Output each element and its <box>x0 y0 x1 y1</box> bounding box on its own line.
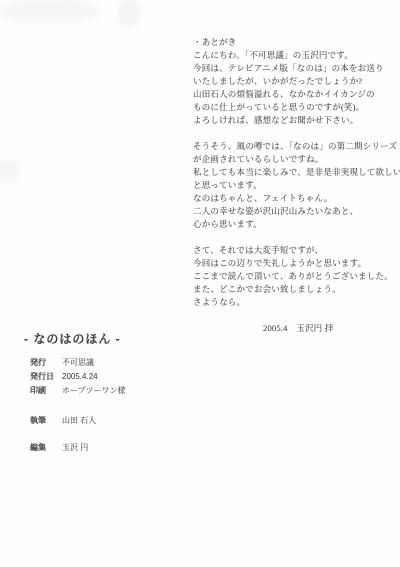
afterword-line: そうそう、風の噂では、「なのは」の第二期シリーズ <box>193 140 373 153</box>
afterword-line: が企画されているらしいですね。 <box>193 153 373 166</box>
afterword-line: 今回はこの辺りで失礼しようかと思います。 <box>193 257 373 270</box>
afterword-line: 心から思います。 <box>193 218 373 231</box>
book-title: - なのはのほん - <box>24 330 121 347</box>
afterword-line: 今回は、テレビアニメ版「なのは」の本をお送り <box>193 62 373 75</box>
colophon-label: 編集 <box>30 441 62 455</box>
colophon-value: 玉沢 円 <box>62 441 88 455</box>
colophon-label: 発行日 <box>30 370 62 384</box>
afterword-heading: ・あとがき <box>193 36 373 49</box>
author-signature: 2005.4 玉沢円 拝 <box>193 322 373 335</box>
colophon-section: 発行 不可思議 発行日 2005.4.24 印刷 ホープツーワン様 執筆 山田 … <box>30 356 126 455</box>
afterword-line: と思っています。 <box>193 179 373 192</box>
colophon-row-editor: 編集 玉沢 円 <box>30 441 126 455</box>
afterword-line: ものに仕上がっていると思うのですが(笑)。 <box>193 101 373 114</box>
afterword-line: さて、それでは大変手短ですが、 <box>193 244 373 257</box>
afterword-line: なのはちゃんと、フェイトちゃん。 <box>193 192 373 205</box>
scan-smudge <box>0 160 20 182</box>
afterword-paragraph: さて、それでは大変手短ですが、 今回はこの辺りで失礼しようかと思います。 ここま… <box>193 244 373 309</box>
colophon-value: ホープツーワン様 <box>62 384 126 398</box>
colophon-value: 山田 石人 <box>62 414 96 428</box>
scan-smudge <box>118 0 140 26</box>
afterword-line: ここまで読んで頂いて、ありがとうございました。 <box>193 270 373 283</box>
afterword-line: いたしましたが、いかがだったでしょうか? <box>193 75 373 88</box>
colophon-value: 2005.4.24 <box>62 370 98 384</box>
afterword-paragraph: こんにちわ、「不可思議」の玉沢円です。 今回は、テレビアニメ版「なのは」の本をお… <box>193 49 373 127</box>
colophon-label: 執筆 <box>30 414 62 428</box>
colophon-row-publisher: 発行 不可思議 <box>30 356 126 370</box>
afterword-line: 二人の幸せな姿が沢山沢山みたいなあと、 <box>193 205 373 218</box>
colophon-label: 印刷 <box>30 384 62 398</box>
colophon-row-publish-date: 発行日 2005.4.24 <box>30 370 126 384</box>
scan-smudge <box>0 0 100 22</box>
afterword-line: こんにちわ、「不可思議」の玉沢円です。 <box>193 49 373 62</box>
colophon-value: 不可思議 <box>62 356 94 370</box>
afterword-line: さようなら。 <box>193 296 373 309</box>
colophon-row-printer: 印刷 ホープツーワン様 <box>30 384 126 398</box>
scanned-afterword-page: ・あとがき こんにちわ、「不可思議」の玉沢円です。 今回は、テレビアニメ版「なの… <box>0 0 400 567</box>
afterword-section: ・あとがき こんにちわ、「不可思議」の玉沢円です。 今回は、テレビアニメ版「なの… <box>193 36 373 335</box>
afterword-line: また、どこかでお会い致しましょう。 <box>193 283 373 296</box>
colophon-row-writer: 執筆 山田 石人 <box>30 414 126 428</box>
afterword-paragraph: そうそう、風の噂では、「なのは」の第二期シリーズ が企画されているらしいですね。… <box>193 140 373 231</box>
afterword-line: 山田石人の煩悩溢れる、なかなかイイカンジの <box>193 88 373 101</box>
colophon-label: 発行 <box>30 356 62 370</box>
afterword-line: よろしければ、感想などお聞かせ下さい。 <box>193 114 373 127</box>
afterword-line: 私としても本当に楽しみで、是非是非実現して欲しい <box>193 166 373 179</box>
